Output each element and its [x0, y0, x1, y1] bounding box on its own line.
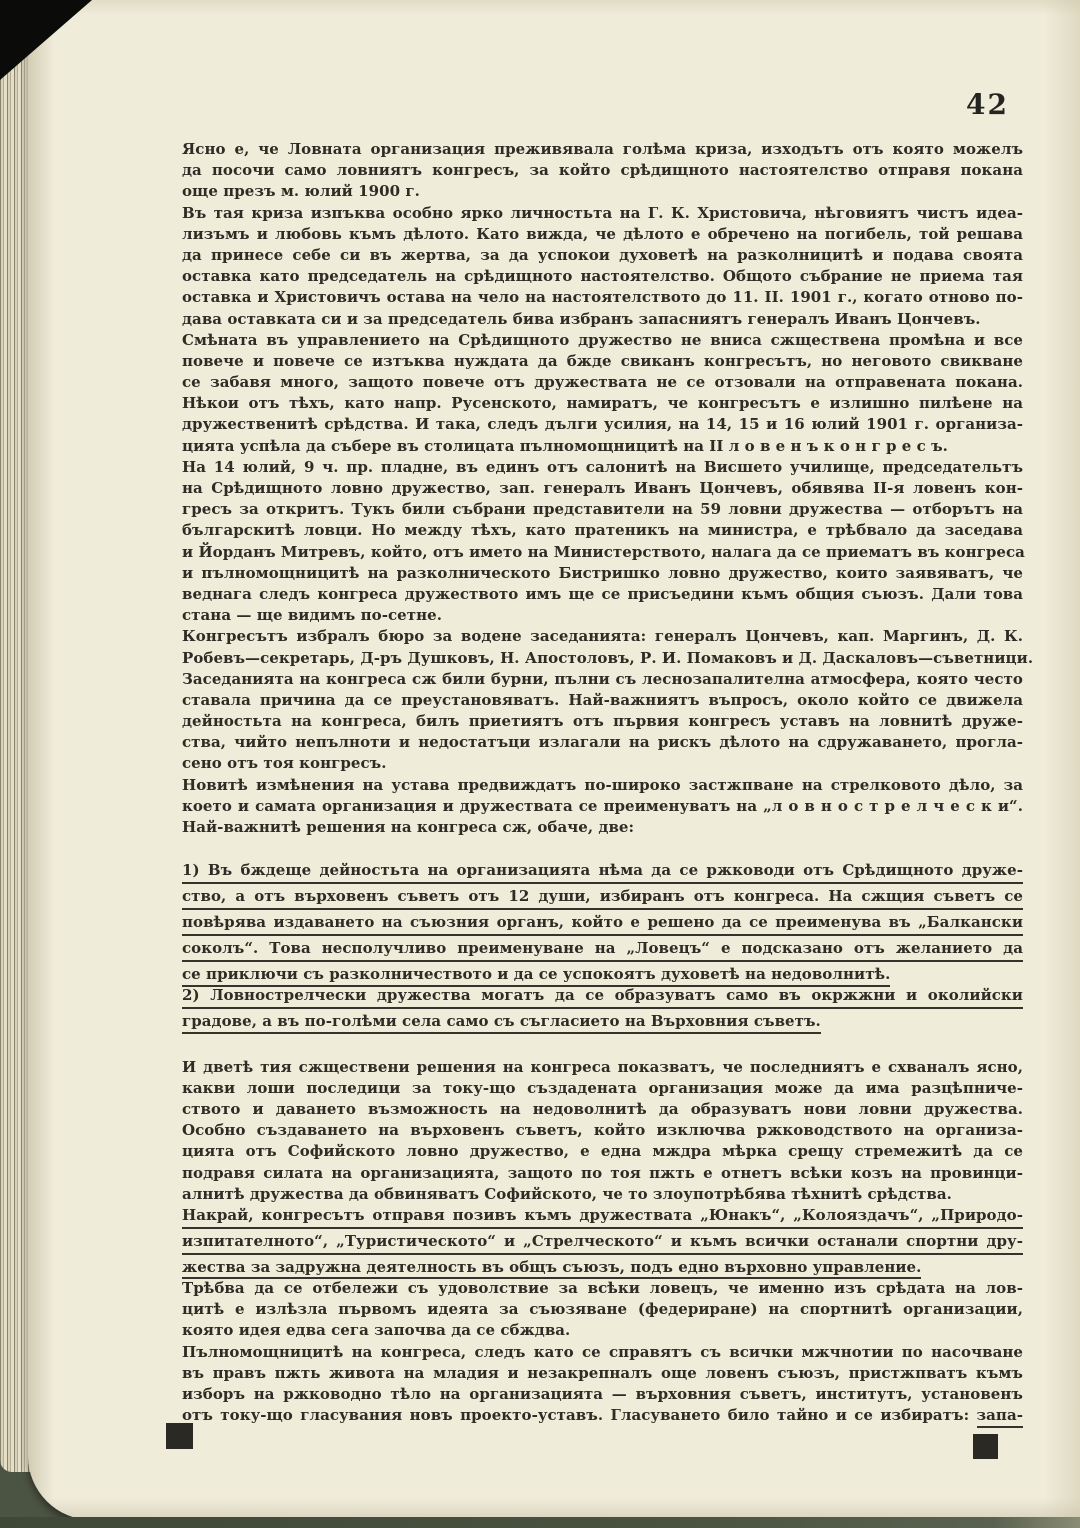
text-line: Робевъ—секретарь, Д-ръ Душковъ, Н. Апост… — [182, 648, 1023, 669]
text-line: Смѣната въ управлението на Срѣдищното др… — [182, 330, 1023, 351]
text-line: изпитателното“, „Туристическото“ и „Стре… — [182, 1231, 1023, 1255]
text-line: ставала причина да се преустановяватъ. Н… — [182, 690, 1023, 711]
paragraph: Ясно е, че Ловната организация преживява… — [182, 139, 1023, 203]
text-line: се приключи съ разколничеството и да се … — [182, 964, 1023, 985]
text-line: оставка като председатель на срѣдищното … — [182, 266, 1023, 287]
underlined-text: градове, а въ по-голѣми села само съ съг… — [182, 1012, 821, 1034]
text-line: Ясно е, че Ловната организация преживява… — [182, 139, 1023, 160]
underlined-text: се приключи съ разколничеството и да се … — [182, 965, 890, 987]
text-line: повече и повече се изтъква нуждата да бж… — [182, 351, 1023, 372]
text-line: оставка и Христовичъ остава на чело на н… — [182, 287, 1023, 308]
paragraph: 2) Ловнострелчески дружества могатъ да с… — [182, 985, 1023, 1032]
text-line: Новитѣ измѣнения на устава предвиждатъ п… — [182, 775, 1023, 796]
paragraph: Пълномощницитѣ на конгреса, следъ като с… — [182, 1342, 1023, 1427]
text-line: И дветѣ тия сжществени решения на конгре… — [182, 1057, 1023, 1078]
text-line: На 14 юлий, 9 ч. пр. пладне, въ единъ от… — [182, 457, 1023, 478]
text-line: Въ тая криза изпъква особно ярко личност… — [182, 203, 1023, 224]
text-line: цитѣ е излѣзла първомъ идеята за съюзява… — [182, 1299, 1023, 1320]
text-line: което и самата организация и дружествата… — [182, 796, 1023, 817]
underlined-text: жества за задружна деятелность въ общъ с… — [182, 1258, 921, 1280]
text-column: Ясно е, че Ловната организация преживява… — [182, 139, 1023, 1426]
text-line: Накрай, конгресътъ отправя позивъ къмъ д… — [182, 1205, 1023, 1229]
text-line: която идея едва сега започва да се сбждв… — [182, 1320, 1023, 1341]
text-line: ства, чийто непълноти и недостатъци изла… — [182, 732, 1023, 753]
text-line: дружественитѣ срѣдства. И така, следъ дъ… — [182, 414, 1023, 435]
text-line: веднага следъ конгреса дружеството имъ щ… — [182, 584, 1023, 605]
text-line: Трѣбва да се отбележи съ удоволствие за … — [182, 1278, 1023, 1299]
ink-square-mark-right — [973, 1434, 998, 1459]
text-line: ството и даването възможность на недовол… — [182, 1099, 1023, 1120]
text-line: да принесе себе си въ жертва, за да успо… — [182, 245, 1023, 266]
text-line: подравя силата на организацията, защото … — [182, 1163, 1023, 1184]
text-line: да посочи само ловниятъ конгресъ, за кой… — [182, 160, 1023, 181]
paragraph: И дветѣ тия сжществени решения на конгре… — [182, 1057, 1023, 1205]
text-line: какви лоши последици за току-що създаден… — [182, 1078, 1023, 1099]
text-line: соколъ“. Това несполучливо преименуване … — [182, 938, 1023, 962]
text-line: българскитѣ ловци. Но между тѣхъ, като п… — [182, 520, 1023, 541]
book-page-edges — [0, 26, 30, 1472]
text-line: Конгресътъ избралъ бюро за водене заседа… — [182, 626, 1023, 647]
scanned-book-page: 42 Ясно е, че Ловната организация прежив… — [0, 0, 1080, 1528]
text-line: и Йорданъ Митревъ, който, отъ името на М… — [182, 542, 1023, 563]
text-line: цията успѣла да събере въ столицата пълн… — [182, 436, 1023, 457]
text-line: отъ току-що гласувания новъ проекто-уста… — [182, 1405, 1023, 1426]
text-line: се забавя много, защото повече отъ друже… — [182, 372, 1023, 393]
text-line: Най-важнитѣ решения на конгреса сж, обач… — [182, 817, 1023, 838]
text-line: алнитѣ дружества да обвиняватъ Софийскот… — [182, 1184, 1023, 1205]
text-line: Нѣкои отъ тѣхъ, като напр. Русенското, н… — [182, 393, 1023, 414]
text-line: стана — ще видимъ по-сетне. — [182, 605, 1023, 626]
paragraph: 1) Въ бждеще дейностьта на организацията… — [182, 860, 1023, 985]
text-line: на Срѣдищното ловно дружество, зап. гене… — [182, 478, 1023, 499]
text-line: още презъ м. юлий 1900 г. — [182, 181, 1023, 202]
text-line: и пълномощницитѣ на разколническото Бист… — [182, 563, 1023, 584]
ink-square-mark-left — [166, 1423, 193, 1449]
paragraph: Трѣбва да се отбележи съ удоволствие за … — [182, 1278, 1023, 1342]
text-line: дейностьта на конгреса, билъ приетиятъ о… — [182, 711, 1023, 732]
scan-bottom-band — [0, 1517, 1080, 1528]
text-line: градове, а въ по-голѣми села само съ съг… — [182, 1011, 1023, 1032]
text-line: гресъ за откритъ. Тукъ били събрани пред… — [182, 499, 1023, 520]
text-line: жества за задружна деятелность въ общъ с… — [182, 1257, 1023, 1278]
text-line: Пълномощницитѣ на конгреса, следъ като с… — [182, 1342, 1023, 1363]
text-line: сено отъ тоя конгресъ. — [182, 753, 1023, 774]
underlined-text: запа- — [977, 1406, 1023, 1428]
text-line: 1) Въ бждеще дейностьта на организацията… — [182, 860, 1023, 884]
text-line: Заседанията на конгреса сж били бурни, п… — [182, 669, 1023, 690]
text-line: изборъ на ржководно тѣло на организацият… — [182, 1384, 1023, 1405]
page-number: 42 — [966, 88, 1009, 121]
text-line: 2) Ловнострелчески дружества могатъ да с… — [182, 985, 1023, 1009]
paragraph: Конгресътъ избралъ бюро за водене заседа… — [182, 626, 1023, 774]
paragraph: Новитѣ измѣнения на устава предвиждатъ п… — [182, 775, 1023, 839]
text-line: въ правъ пжть живота на младия и незакре… — [182, 1363, 1023, 1384]
paragraph: На 14 юлий, 9 ч. пр. пладне, въ единъ от… — [182, 457, 1023, 627]
paragraph: Накрай, конгресътъ отправя позивъ къмъ д… — [182, 1205, 1023, 1278]
text-line: дава оставката си и за председатель бива… — [182, 309, 1023, 330]
text-line: ство, а отъ върховенъ съветъ отъ 12 души… — [182, 886, 1023, 910]
text-line: Особно създаването на върховенъ съветъ, … — [182, 1120, 1023, 1141]
text-line: лизъмъ и любовь къмъ дѣлото. Като вижда,… — [182, 224, 1023, 245]
text-line: повѣрява издаването на съюзния органъ, к… — [182, 912, 1023, 936]
text-line: цията отъ Софийското ловно дружество, е … — [182, 1141, 1023, 1162]
paragraph: Въ тая криза изпъква особно ярко личност… — [182, 203, 1023, 330]
paragraph: Смѣната въ управлението на Срѣдищното др… — [182, 330, 1023, 457]
